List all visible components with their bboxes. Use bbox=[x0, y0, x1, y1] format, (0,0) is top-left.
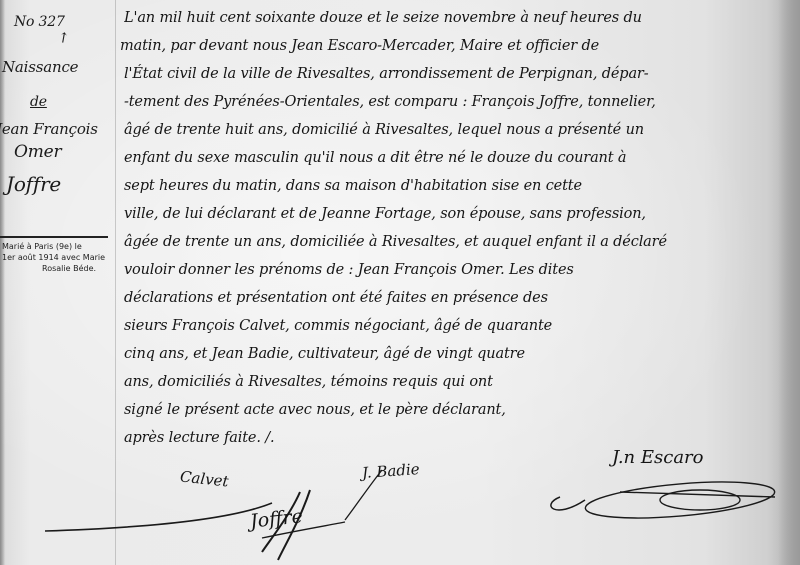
body-line: cinq ans, et Jean Badie, cultivateur, âg… bbox=[124, 340, 796, 368]
body-line: enfant du sexe masculin qu'il nous a dit… bbox=[124, 144, 796, 172]
child-given-name-1: Jean François bbox=[0, 120, 98, 138]
body-line: ville, de lui déclarant et de Jeanne For… bbox=[124, 200, 796, 228]
act-body-text: L'an mil huit cent soixante douze et le … bbox=[124, 4, 796, 452]
margin-column: No 327 ↗ Naissance de Jean François Omer… bbox=[0, 0, 112, 565]
annotation-line-1: Marié à Paris (9e) le bbox=[2, 241, 112, 252]
record-type: Naissance bbox=[2, 58, 78, 76]
body-line: sieurs François Calvet, commis négociant… bbox=[124, 312, 796, 340]
body-line: vouloir donner les prénoms de : Jean Fra… bbox=[124, 256, 796, 284]
signature-witness-badie: J. Badie bbox=[361, 460, 420, 482]
register-page: No 327 ↗ Naissance de Jean François Omer… bbox=[0, 0, 800, 565]
body-line: L'an mil huit cent soixante douze et le … bbox=[124, 4, 796, 32]
child-surname: Joffre bbox=[6, 172, 61, 196]
child-given-name-2: Omer bbox=[14, 142, 61, 162]
body-line: ans, domiciliés à Rivesaltes, témoins re… bbox=[124, 368, 796, 396]
margin-rule-line bbox=[115, 0, 116, 565]
annotation-line-3: Rosalie Béde. bbox=[2, 263, 112, 274]
record-of: de bbox=[30, 94, 47, 110]
body-line: déclarations et présentation ont été fai… bbox=[124, 284, 796, 312]
body-line: âgé de trente huit ans, domicilié à Rive… bbox=[124, 116, 796, 144]
annotation-line-2: 1er août 1914 avec Marie bbox=[2, 252, 112, 263]
signature-witness-calvet: Calvet bbox=[179, 468, 229, 491]
body-line: matin, par devant nous Jean Escaro-Merca… bbox=[120, 32, 796, 60]
body-line: sept heures du matin, dans sa maison d'h… bbox=[124, 172, 796, 200]
body-line: signé le présent acte avec nous, et le p… bbox=[124, 396, 796, 424]
marriage-annotation: Marié à Paris (9e) le 1er août 1914 avec… bbox=[2, 241, 112, 274]
body-line: -tement des Pyrénées-Orientales, est com… bbox=[124, 88, 796, 116]
body-line: après lecture faite. /. bbox=[124, 424, 796, 452]
margin-separator-rule bbox=[0, 236, 108, 238]
arrow-icon: ↗ bbox=[54, 28, 73, 48]
body-line: âgée de trente un ans, domiciliée à Rive… bbox=[124, 228, 796, 256]
entry-number: No 327 bbox=[14, 14, 65, 30]
signature-father-joffre: Joffre bbox=[249, 505, 304, 532]
body-line: l'État civil de la ville de Rivesaltes, … bbox=[124, 60, 796, 88]
